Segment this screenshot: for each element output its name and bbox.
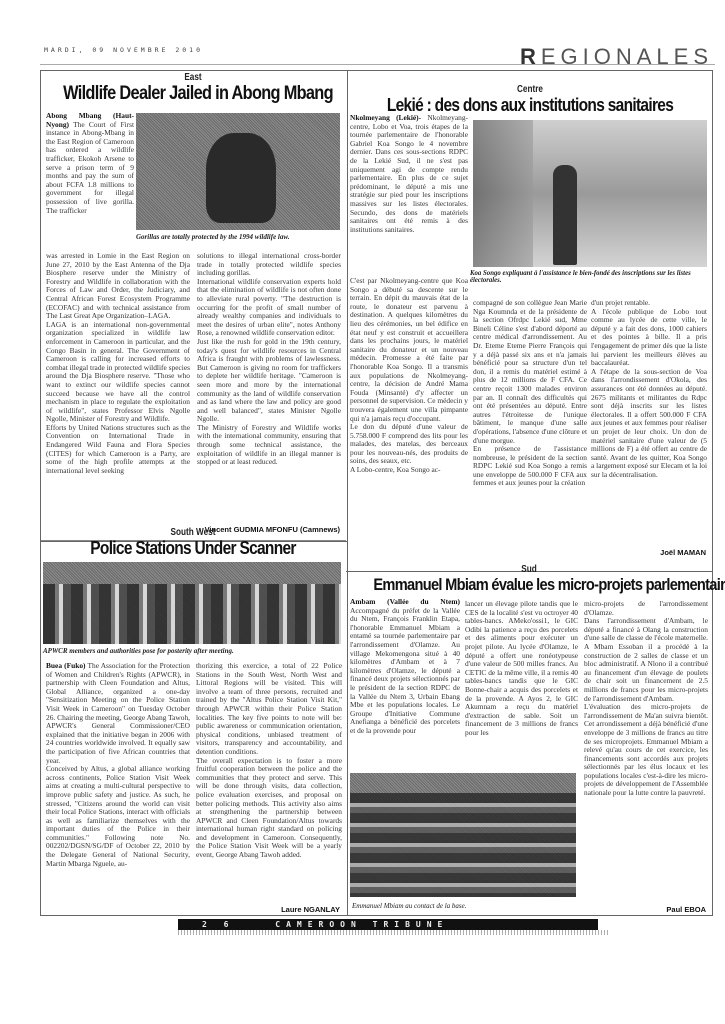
lead-column: Nkolmeyang (Lekié)- Nkolmeyang-centre, L…: [350, 114, 468, 234]
people-row: [43, 584, 341, 644]
speaker-figure: [553, 165, 577, 265]
section-title: REGIONALES: [520, 44, 713, 70]
lead-text: Nkolmeyang-centre, Lobo et Voa, trois ét…: [350, 113, 468, 234]
lead-column: Abong Mbang (Haut-Nyong) The Court of Fi…: [46, 112, 134, 215]
kicker: Centre: [382, 84, 677, 95]
article-lekie: Centre Lekié : des dons aux institutions…: [350, 84, 710, 116]
body-column-1: C'est par Nkolmeyang-centre que Koa Song…: [350, 277, 468, 475]
paragraph: A l'école publique de Lobo tout comme au…: [591, 308, 707, 368]
byline: Laure NGANLAY: [200, 905, 340, 914]
headline: Wildlife Dealer Jailed in Abong Mbang: [63, 83, 323, 105]
paragraph: En présence de l'assistance nombreuse, l…: [473, 445, 587, 488]
paragraph: micro-projets de l'arrondissement d'Olam…: [584, 600, 708, 617]
gorilla-photo: [136, 113, 340, 230]
paragraph: A Lobo-centre, Koa Songo ac-: [350, 466, 468, 475]
byline: Paul EBOA: [600, 905, 706, 914]
paragraph: C'est par Nkolmeyang-centre que Koa Song…: [350, 277, 468, 423]
byline: Joël MAMAN: [600, 548, 706, 557]
article-mbiam: Sud Emmanuel Mbiam évalue les micro-proj…: [348, 558, 710, 595]
dateline: MARDI, 09 NOVEMBRE 2010: [44, 46, 203, 54]
body-column-2: solutions to illegal international cross…: [197, 252, 341, 467]
paragraph: lancer un élevage pilote tandis que le C…: [465, 600, 578, 738]
headline: Emmanuel Mbiam évalue les micro-projets …: [373, 575, 684, 595]
paragraph: L'évaluation des micro-projets de l'arro…: [584, 703, 708, 798]
body-column-2: compagné de son collègue Jean Marie Nga …: [473, 299, 587, 488]
photo-caption: Gorillas are totally protected by the 19…: [136, 233, 346, 241]
body-column-3: micro-projets de l'arrondissement d'Olam…: [584, 600, 708, 798]
seated-crowd: [350, 793, 576, 897]
paragraph: International wildlife conservation expe…: [197, 278, 341, 338]
footer-bar: 2 6 CAMEROON TRIBUNE: [178, 919, 598, 930]
paragraph: Efforts by United Nations structures suc…: [46, 424, 190, 476]
paragraph: Dans l'arrondissement d'Ambam, le député…: [584, 617, 708, 703]
footer-hatch: [178, 930, 608, 935]
kicker: Sud: [381, 564, 678, 575]
publication-name: CAMEROON TRIBUNE: [275, 919, 448, 930]
lead-text: The Court of First instance in Abong-Mba…: [46, 120, 134, 215]
headline: Police Stations Under Scanner: [63, 538, 323, 559]
body-column-1: was arrested in Lomie in the East Region…: [46, 252, 190, 475]
paragraph: thorizing this exercice, a total of 22 P…: [196, 662, 342, 757]
koa-songo-photo: [473, 120, 707, 267]
paragraph: A l'étape de la sous-section de Voa dans…: [591, 368, 707, 480]
section-initial: R: [520, 44, 541, 69]
article-police: South West Police Stations Under Scanner: [42, 525, 344, 559]
section-rest: EGIONALES: [541, 44, 713, 69]
paragraph: The Ministry of Forestry and Wildlife wo…: [197, 424, 341, 467]
paragraph: was arrested in Lomie in the East Region…: [46, 252, 190, 321]
paragraph: solutions to illegal international cross…: [197, 252, 341, 278]
gorilla-silhouette: [206, 133, 276, 223]
body-column-1: Ambam (Vallée du Ntem) Accompagné du pré…: [350, 598, 460, 736]
kicker: South West: [69, 527, 317, 538]
top-rule: [40, 64, 715, 65]
paragraph: Le don du député d'une valeur de 5.758.0…: [350, 423, 468, 466]
paragraph: Conceived by Altus, a global alliance wo…: [46, 765, 190, 868]
page-number: 2 6: [202, 919, 234, 930]
group-photo: [43, 562, 341, 644]
photo-caption: APWCR members and authorities pose for p…: [43, 647, 343, 655]
body-column-3: d'un projet rentable. A l'école publique…: [591, 299, 707, 479]
photo-caption: Koa Songo expliquant à l'assistance le b…: [470, 270, 710, 284]
lead-text: Accompagné du préfet de la Vallée du Nte…: [350, 606, 460, 735]
article-wildlife: East Wildlife Dealer Jailed in Abong Mba…: [42, 72, 344, 105]
paragraph: LAGA is an international non-governmenta…: [46, 321, 190, 424]
paragraph: compagné de son collègue Jean Marie Nga …: [473, 299, 587, 445]
palm-tree: [473, 120, 533, 267]
body-column-2: lancer un élevage pilote tandis que le C…: [465, 600, 578, 738]
paragraph: The overall expectation is to foster a m…: [196, 757, 342, 860]
photo-caption: Emmanuel Mbiam au contact de la base.: [352, 902, 578, 910]
paragraph: Just like the rush for gold in the 19th …: [197, 338, 341, 424]
crowd-photo: [350, 773, 576, 897]
body-column-2: thorizing this exercice, a total of 22 P…: [196, 662, 342, 860]
lead-text: The Association for the Protection of Wo…: [46, 661, 190, 765]
body-column-1: Buea (Fuko) The Association for the Prot…: [46, 662, 190, 868]
kicker: East: [69, 72, 317, 83]
